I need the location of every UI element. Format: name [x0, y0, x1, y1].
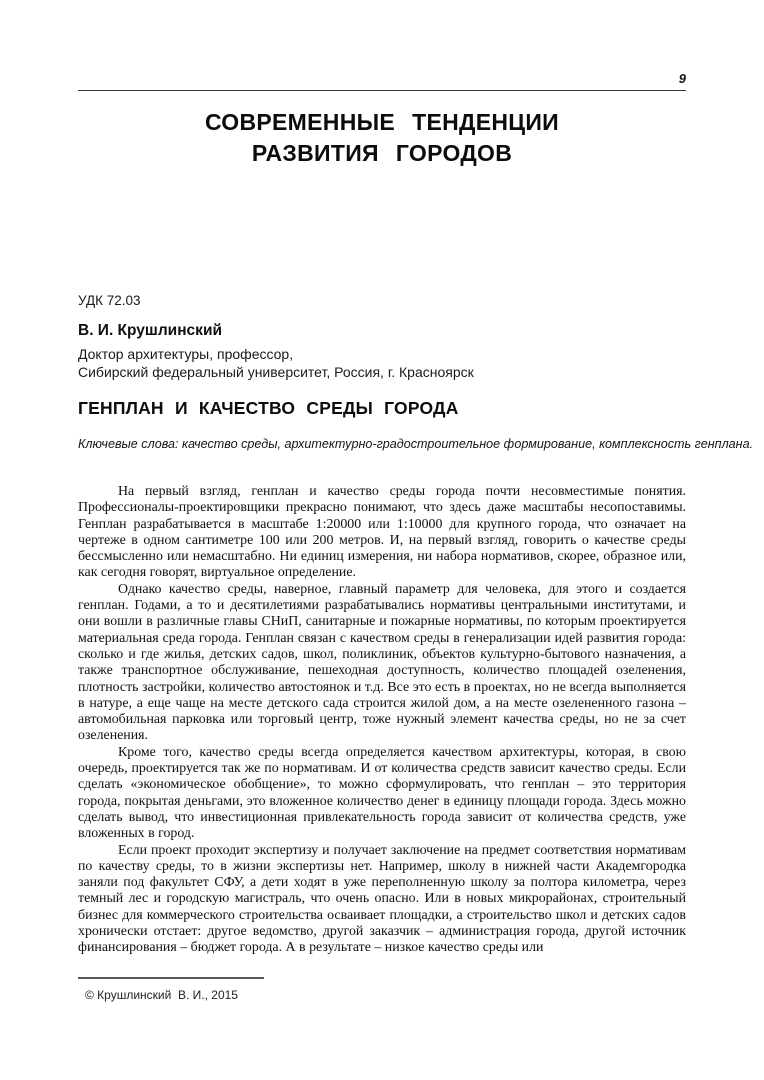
- keywords-line: Ключевые слова: качество среды, архитект…: [78, 437, 718, 451]
- page-number: 9: [78, 71, 686, 86]
- paragraph: Однако качество среды, наверное, главный…: [78, 582, 686, 745]
- article-title: ГЕНПЛАН И КАЧЕСТВО СРЕДЫ ГОРОДА: [78, 398, 686, 419]
- footnote-rule: [78, 977, 264, 979]
- paragraph: На первый взгляд, генплан и качество сре…: [78, 484, 686, 582]
- chapter-title-line1: СОВРЕМЕННЫЕ ТЕНДЕНЦИИ: [0, 107, 764, 138]
- paragraph: Если проект проходит экспертизу и получа…: [78, 843, 686, 957]
- udc-code: УДК 72.03: [78, 293, 141, 308]
- chapter-title: СОВРЕМЕННЫЕ ТЕНДЕНЦИИ РАЗВИТИЯ ГОРОДОВ: [0, 107, 764, 169]
- author-name: В. И. Крушлинский: [78, 322, 222, 340]
- author-degree: Доктор архитектуры, профессор,: [78, 346, 474, 364]
- paragraph: Кроме того, качество среды всегда опреде…: [78, 745, 686, 843]
- journal-page: 9 СОВРЕМЕННЫЕ ТЕНДЕНЦИИ РАЗВИТИЯ ГОРОДОВ…: [0, 0, 764, 1080]
- author-details: Доктор архитектуры, профессор, Сибирский…: [78, 346, 474, 381]
- copyright-line: © Крушлинский В. И., 2015: [85, 988, 238, 1002]
- article-body: На первый взгляд, генплан и качество сре…: [78, 484, 686, 957]
- chapter-title-line2: РАЗВИТИЯ ГОРОДОВ: [0, 138, 764, 169]
- author-affiliation: Сибирский федеральный университет, Росси…: [78, 364, 474, 382]
- header-rule: [78, 90, 686, 91]
